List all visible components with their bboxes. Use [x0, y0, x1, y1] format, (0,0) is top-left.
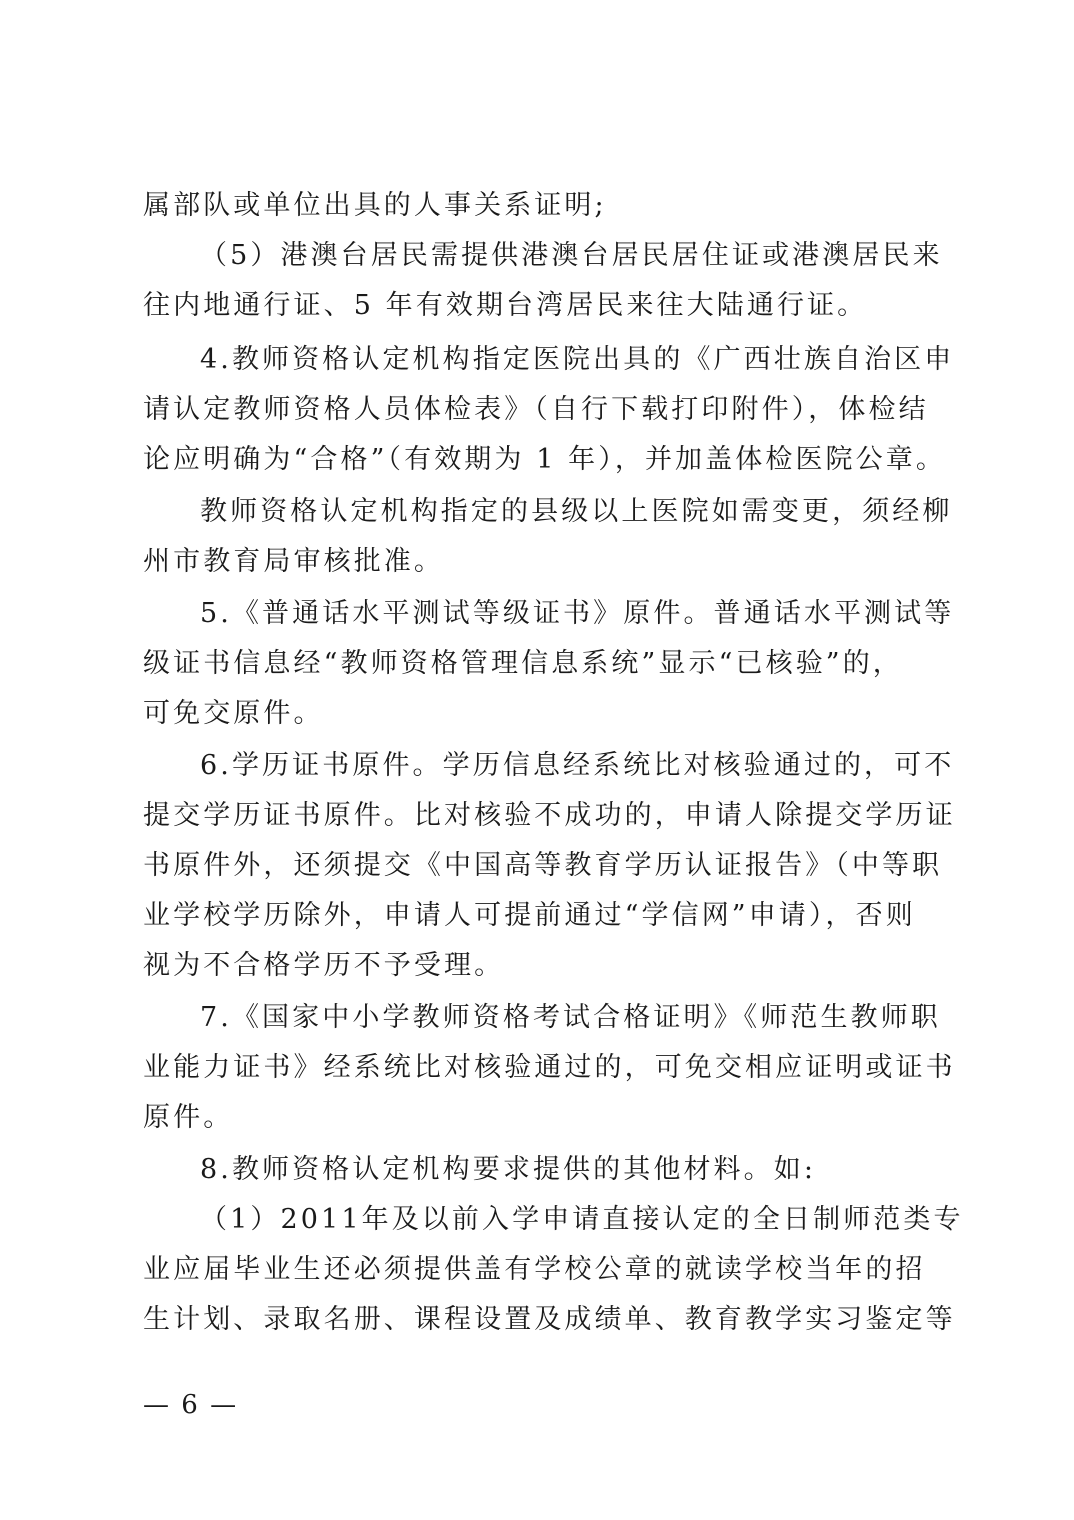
text-line: 7.《国家中小学教师资格考试合格证明》《师范生教师职: [200, 1000, 923, 1036]
text-line: 业学校学历除外，申请人可提前通过“学信网”申请），否则: [143, 898, 923, 934]
text-line: 4.教师资格认定机构指定医院出具的《广西壮族自治区申: [200, 342, 923, 378]
text-line: 视为不合格学历不予受理。: [143, 948, 923, 984]
page-number: — 6 —: [143, 1388, 238, 1422]
text-line: 书原件外，还须提交《中国高等教育学历认证报告》（中等职: [143, 848, 923, 884]
text-line: 请认定教师资格人员体检表》（自行下载打印附件），体检结: [143, 392, 923, 428]
text-line: 生计划、录取名册、课程设置及成绩单、教育教学实习鉴定等: [143, 1302, 923, 1338]
text-line: 属部队或单位出具的人事关系证明;: [143, 188, 923, 224]
text-line: （1）2011年及以前入学申请直接认定的全日制师范类专: [200, 1202, 923, 1238]
text-line: 业能力证书》经系统比对核验通过的，可免交相应证明或证书: [143, 1050, 923, 1086]
text-line: 原件。: [143, 1100, 923, 1136]
text-line: 州市教育局审核批准。: [143, 544, 923, 580]
text-line: 级证书信息经“教师资格管理信息系统”显示“已核验”的，: [143, 646, 923, 682]
text-line: 业应届毕业生还必须提供盖有学校公章的就读学校当年的招: [143, 1252, 923, 1288]
text-line: 8.教师资格认定机构要求提供的其他材料。如:: [200, 1152, 923, 1188]
text-line: 提交学历证书原件。比对核验不成功的，申请人除提交学历证: [143, 798, 923, 834]
text-line: 往内地通行证、5 年有效期台湾居民来往大陆通行证。: [143, 288, 923, 324]
text-line: 可免交原件。: [143, 696, 923, 732]
text-line: 论应明确为“合格”（有效期为 1 年），并加盖体检医院公章。: [143, 442, 923, 478]
text-line: 教师资格认定机构指定的县级以上医院如需变更，须经柳: [200, 494, 923, 530]
document-page: 属部队或单位出具的人事关系证明;（5）港澳台居民需提供港澳台居民居住证或港澳居民…: [0, 0, 1074, 1520]
text-line: 6.学历证书原件。学历信息经系统比对核验通过的，可不: [200, 748, 923, 784]
text-line: （5）港澳台居民需提供港澳台居民居住证或港澳居民来: [200, 238, 923, 274]
text-line: 5.《普通话水平测试等级证书》原件。普通话水平测试等: [200, 596, 923, 632]
